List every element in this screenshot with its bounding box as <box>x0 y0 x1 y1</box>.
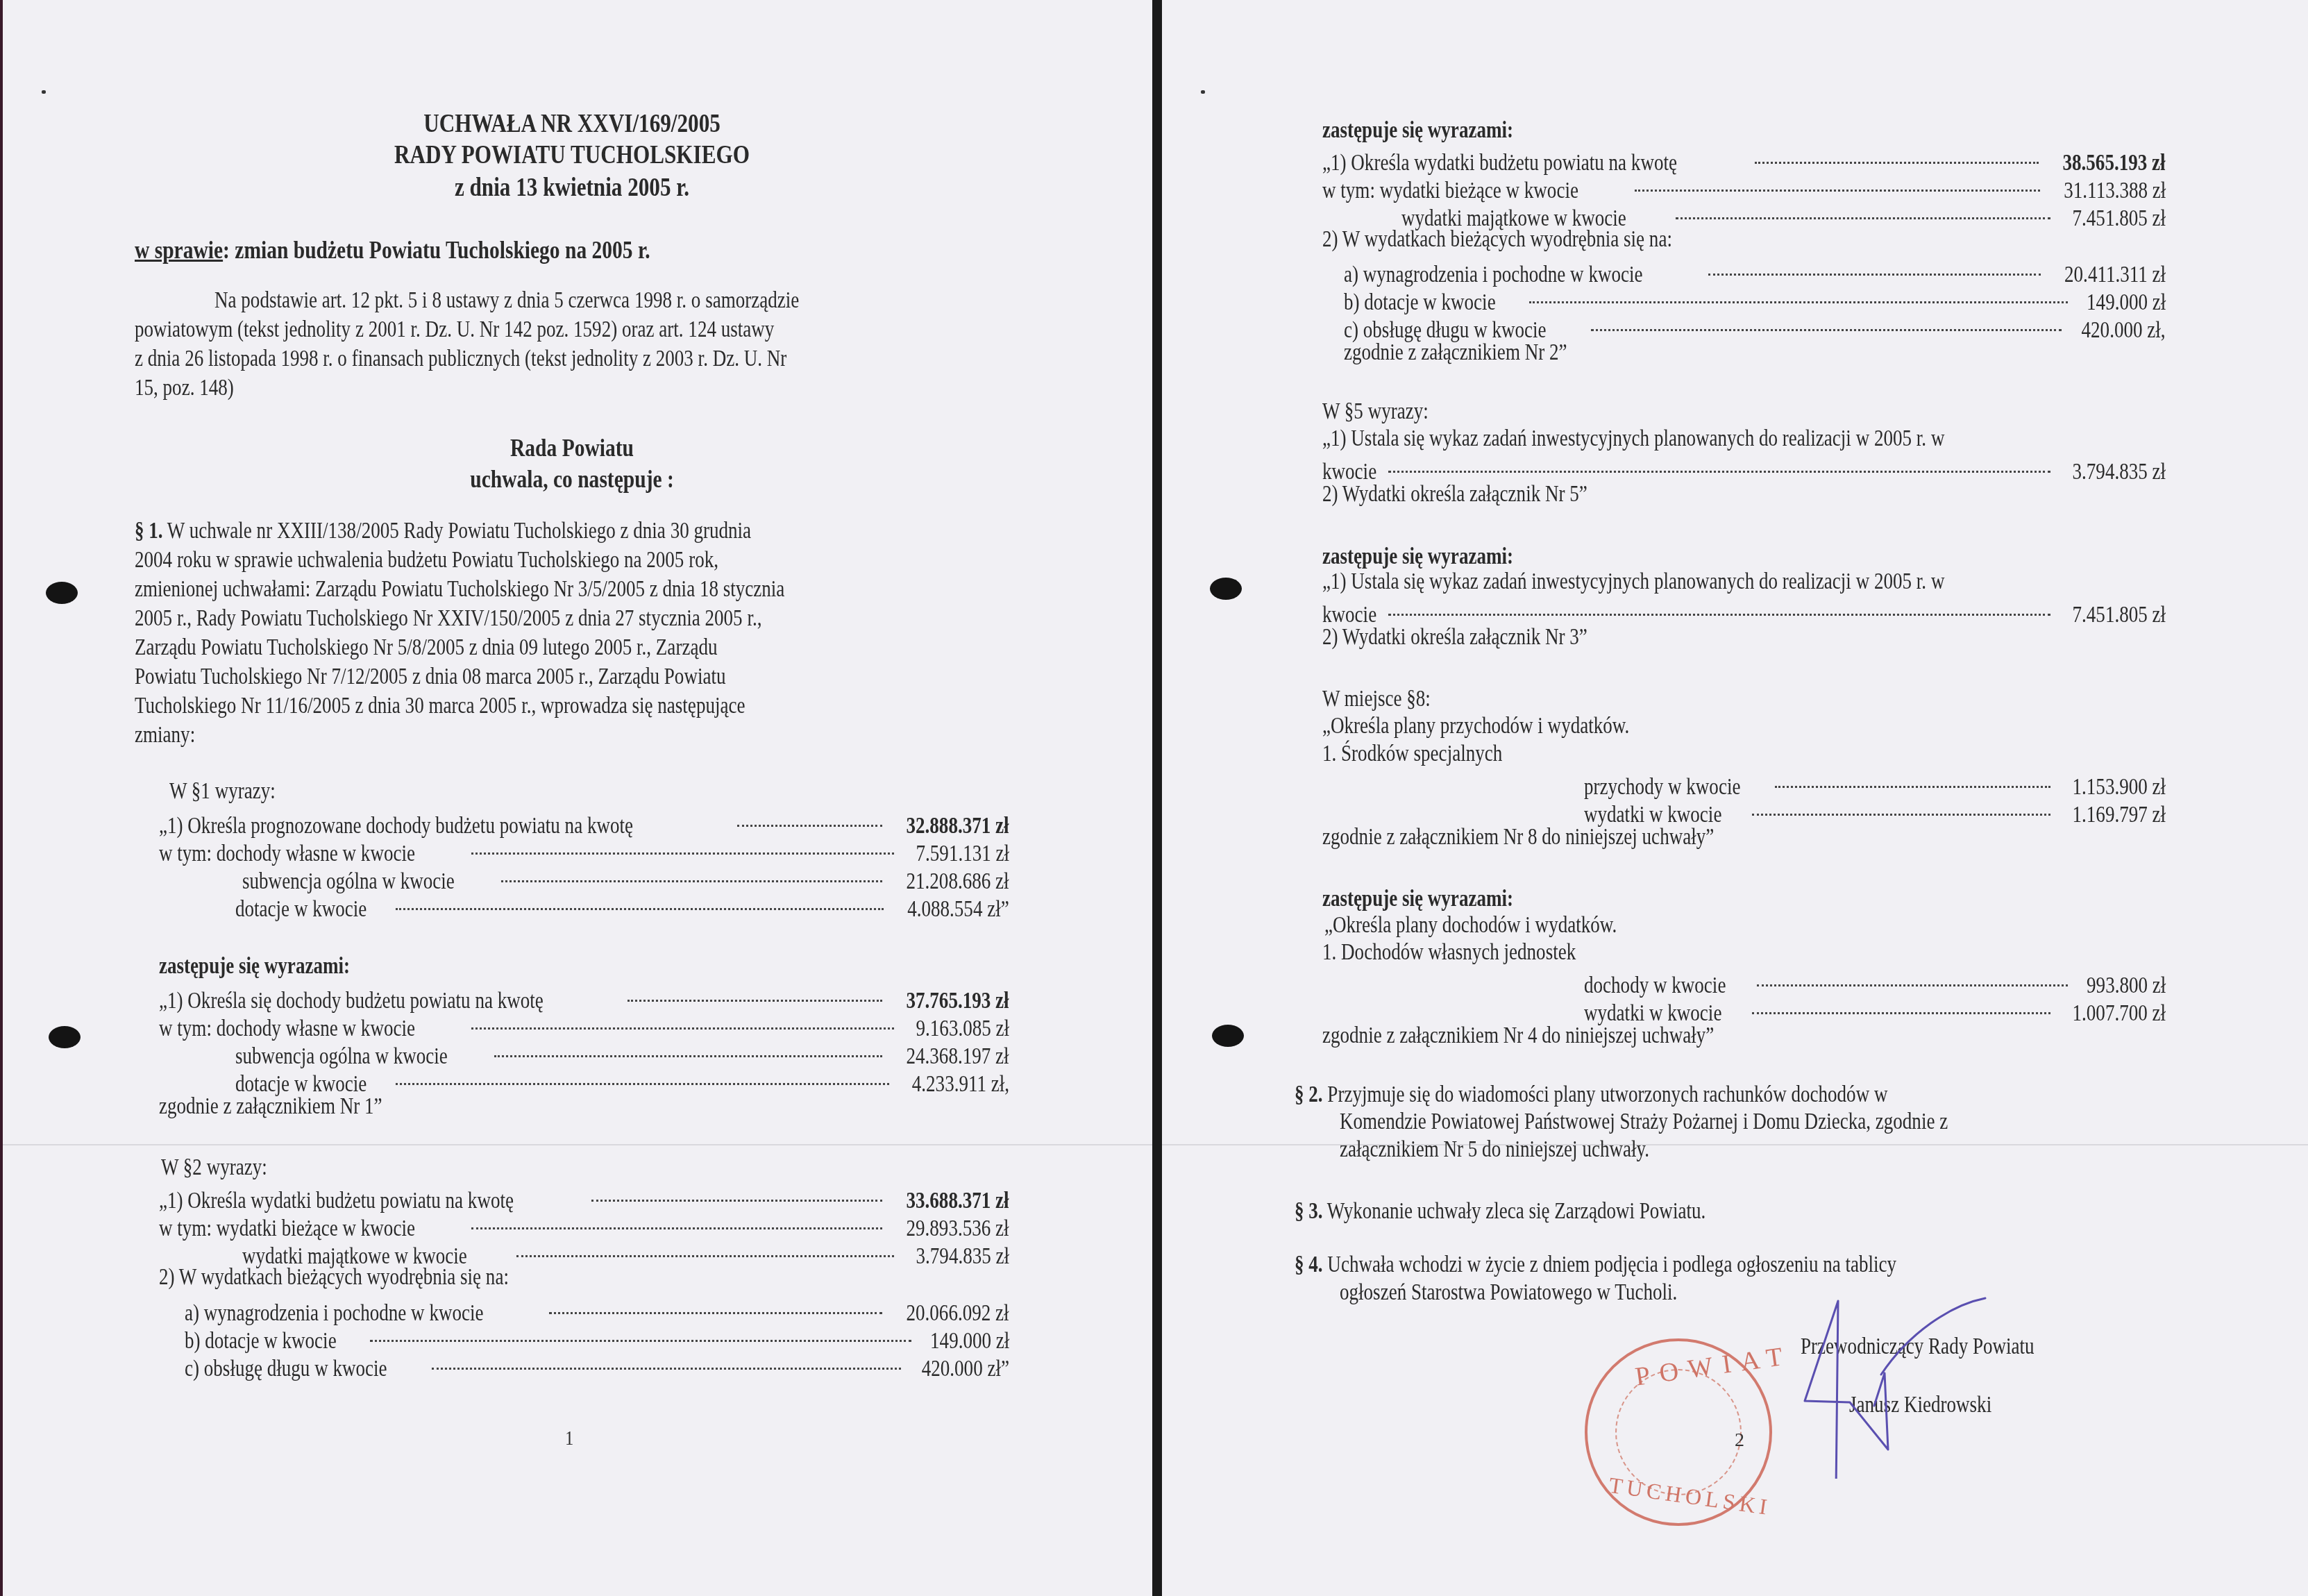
amount-row: w tym: dochody własne w kwocie9.163.085 … <box>159 1008 1009 1036</box>
section-1-label: § 1. <box>135 519 163 544</box>
scan-speck <box>42 90 46 94</box>
official-stamp: POWIAT TUCHOLSKI 2 <box>1585 1338 1772 1526</box>
amount-row: wydatki w kwocie1.169.797 zł <box>1584 794 2166 822</box>
section-1-line: Zarządu Powiatu Tucholskiego Nr 5/8/2005… <box>135 634 717 662</box>
amount-row: a) wynagrodzenia i pochodne w kwocie20.4… <box>1344 254 2166 282</box>
subject-label: w sprawie <box>135 236 223 264</box>
section-1-line: Powiatu Tucholskiego Nr 7/12/2005 z dnia… <box>135 663 726 691</box>
fold-line <box>3 1144 1152 1145</box>
amount-row: wydatki w kwocie1.007.700 zł <box>1584 993 2166 1020</box>
par2-new-subheading: 2) W wydatkach bieżących wyodrębnia się … <box>1322 226 1672 253</box>
attachment-ref: zgodnie z załącznikiem Nr 4 do niniejsze… <box>1322 1022 1714 1050</box>
section-1-line: zmienionej uchwałami: Zarządu Powiatu Tu… <box>135 576 784 603</box>
scan-speck <box>1201 90 1205 94</box>
amount-row: dotacje w kwocie4.088.554 zł” <box>235 889 1009 916</box>
section-1-line: 2005 r., Rady Powiatu Tucholskiego Nr XX… <box>135 605 761 632</box>
section-2-line: § 2. Przyjmuje się do wiadomości plany u… <box>1295 1081 1887 1109</box>
amount-row: b) dotacje w kwocie149.000 zł <box>1344 282 2166 310</box>
section-2-label: § 2. <box>1295 1082 1323 1107</box>
stamp-number: 2 <box>1735 1429 1744 1452</box>
section-1-line: 2004 roku w sprawie uchwalenia budżetu P… <box>135 546 718 574</box>
amount-row: kwocie7.451.805 zł <box>1322 594 2166 622</box>
resolution-date: z dnia 13 kwietnia 2005 r. <box>287 174 857 201</box>
section-1-line: Tucholskiego Nr 11/16/2005 z dnia 30 mar… <box>135 692 746 720</box>
council-heading: Rada Powiatu <box>287 434 857 462</box>
amount-row: „1) Określa prognozowane dochody budżetu… <box>159 805 1009 833</box>
par8-old-line: 1. Środków specjalnych <box>1322 740 1502 768</box>
resolution-number: UCHWAŁA NR XXVI/169/2005 <box>287 110 857 137</box>
par5-old-heading: W §5 wyrazy: <box>1322 398 1429 426</box>
amount-row: w tym: dochody własne w kwocie7.591.131 … <box>159 833 1009 861</box>
page-number: 1 <box>565 1425 573 1452</box>
amount-row: „1) Określa wydatki budżetu powiatu na k… <box>1322 142 2166 170</box>
par5-old-line: 2) Wydatki określa załącznik Nr 5” <box>1322 480 1587 508</box>
amount-row: subwencja ogólna w kwocie24.368.197 zł <box>235 1036 1009 1064</box>
par8-old-line: „Określa plany przychodów i wydatków. <box>1322 712 1629 740</box>
subject-line: w sprawie: zmian budżetu Powiatu Tuchols… <box>135 236 650 264</box>
section-4-line: § 4. Uchwała wchodzi w życie z dniem pod… <box>1295 1251 1896 1279</box>
amount-row: c) obsługę długu w kwocie420.000 zł” <box>185 1348 1009 1376</box>
handwritten-signature <box>1798 1291 2048 1479</box>
amount-row: kwocie3.794.835 zł <box>1322 451 2166 479</box>
section-1-line: § 1. W uchwale nr XXIII/138/2005 Rady Po… <box>135 517 751 545</box>
section-3-label: § 3. <box>1295 1199 1323 1224</box>
subject-text: : zmian budżetu Powiatu Tucholskiego na … <box>223 236 650 264</box>
council-name: RADY POWIATU TUCHOLSKIEGO <box>287 141 857 169</box>
punch-hole <box>1210 578 1242 600</box>
attachment-ref: zgodnie z załącznikiem Nr 2” <box>1344 339 1567 367</box>
attachment-ref: zgodnie z załącznikiem Nr 1” <box>159 1093 382 1120</box>
amount-row: dotacje w kwocie4.233.911 zł, <box>235 1064 1009 1091</box>
amount-row: w tym: wydatki bieżące w kwocie29.893.53… <box>159 1208 1009 1236</box>
par1-old-heading: W §1 wyrazy: <box>169 778 276 805</box>
par1-new-heading: zastępuje się wyrazami: <box>159 952 350 980</box>
punch-hole <box>1212 1025 1244 1047</box>
par8-new-line: 1. Dochodów własnych jednostek <box>1322 939 1576 966</box>
amount-row: w tym: wydatki bieżące w kwocie31.113.38… <box>1322 170 2166 198</box>
section-4-line: ogłoszeń Starostwa Powiatowego w Tucholi… <box>1340 1279 1677 1307</box>
punch-hole <box>49 1026 81 1048</box>
par5-new-line: „1) Ustala się wykaz zadań inwestycyjnyc… <box>1322 568 1944 596</box>
amount-row: subwencja ogólna w kwocie21.208.686 zł <box>242 861 1009 889</box>
par8-new-line: „Określa plany dochodów i wydatków. <box>1324 912 1617 939</box>
section-1-line: zmiany: <box>135 721 195 749</box>
preamble-line: powiatowym (tekst jednolity z 2001 r. Dz… <box>135 316 774 344</box>
section-2-line: Komendzie Powiatowej Państwowej Straży P… <box>1340 1108 1948 1136</box>
document-page-1: UCHWAŁA NR XXVI/169/2005 RADY POWIATU TU… <box>0 0 1152 1596</box>
par2-new-heading: zastępuje się wyrazami: <box>1322 117 1513 144</box>
section-4-label: § 4. <box>1295 1252 1323 1277</box>
amount-row: c) obsługę długu w kwocie420.000 zł, <box>1344 310 2166 337</box>
preamble-line: Na podstawie art. 12 pkt. 5 i 8 ustawy z… <box>214 287 799 314</box>
decides-heading: uchwala, co następuje : <box>287 465 857 493</box>
preamble-line: z dnia 26 listopada 1998 r. o finansach … <box>135 345 786 373</box>
punch-hole <box>46 582 78 604</box>
amount-row: b) dotacje w kwocie149.000 zł <box>185 1320 1009 1348</box>
par5-new-line: 2) Wydatki określa załącznik Nr 3” <box>1322 623 1587 651</box>
par5-old-line: „1) Ustala się wykaz zadań inwestycyjnyc… <box>1322 425 1944 453</box>
par2-old-heading: W §2 wyrazy: <box>161 1154 267 1182</box>
par8-new-heading: zastępuje się wyrazami: <box>1322 885 1513 913</box>
amount-row: wydatki majątkowe w kwocie3.794.835 zł <box>242 1236 1009 1263</box>
amount-row: „1) Określa wydatki budżetu powiatu na k… <box>159 1180 1009 1208</box>
amount-row: wydatki majątkowe w kwocie7.451.805 zł <box>1401 198 2166 226</box>
amount-row: a) wynagrodzenia i pochodne w kwocie20.0… <box>185 1293 1009 1320</box>
amount-row: „1) Określa się dochody budżetu powiatu … <box>159 980 1009 1008</box>
par2-old-subheading: 2) W wydatkach bieżących wyodrębnia się … <box>159 1263 509 1291</box>
attachment-ref: zgodnie z załącznikiem Nr 8 do niniejsze… <box>1322 823 1714 851</box>
section-2-line: załącznikiem Nr 5 do niniejszej uchwały. <box>1340 1136 1649 1164</box>
amount-row: przychody w kwocie1.153.900 zł <box>1584 766 2166 794</box>
amount-row: dochody w kwocie993.800 zł <box>1584 965 2166 993</box>
preamble-line: 15, poz. 148) <box>135 374 234 402</box>
section-3-line: § 3. Wykonanie uchwały zleca się Zarządo… <box>1295 1198 1705 1225</box>
par5-new-heading: zastępuje się wyrazami: <box>1322 543 1513 571</box>
fold-line <box>1162 1144 2308 1145</box>
par8-old-heading: W miejsce §8: <box>1322 685 1431 713</box>
